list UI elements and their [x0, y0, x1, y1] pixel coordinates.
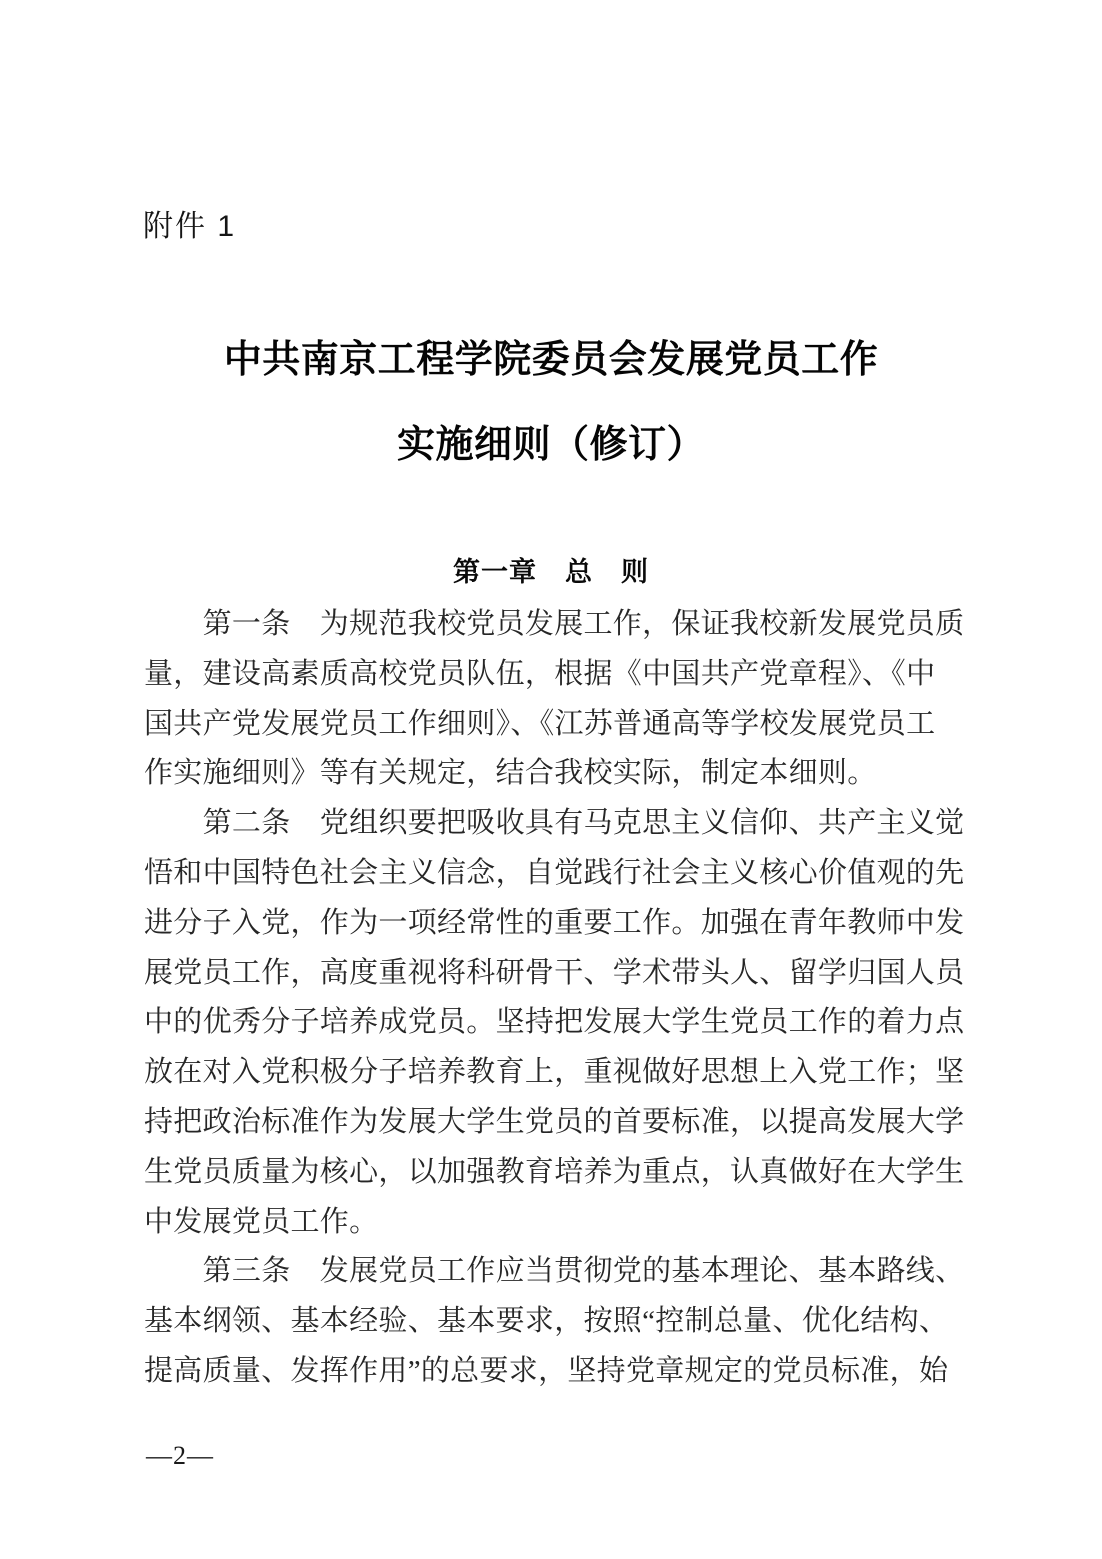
document-title-line2: 实施细则（修订） [0, 413, 1102, 468]
chapter-heading: 第一章 总 则 [0, 550, 1102, 589]
document-title-line1: 中共南京工程学院委员会发展党员工作 [0, 328, 1102, 383]
page-number: —2— [146, 1441, 214, 1471]
attachment-label: 附件 1 [143, 201, 236, 245]
document-page: 附件 1 中共南京工程学院委员会发展党员工作 实施细则（修订） 第一章 总 则 … [0, 0, 1102, 1559]
document-body-text: 第一条 为规范我校党员发展工作，保证我校新发展党员质 量，建设高素质高校党员队伍… [144, 600, 1014, 1397]
